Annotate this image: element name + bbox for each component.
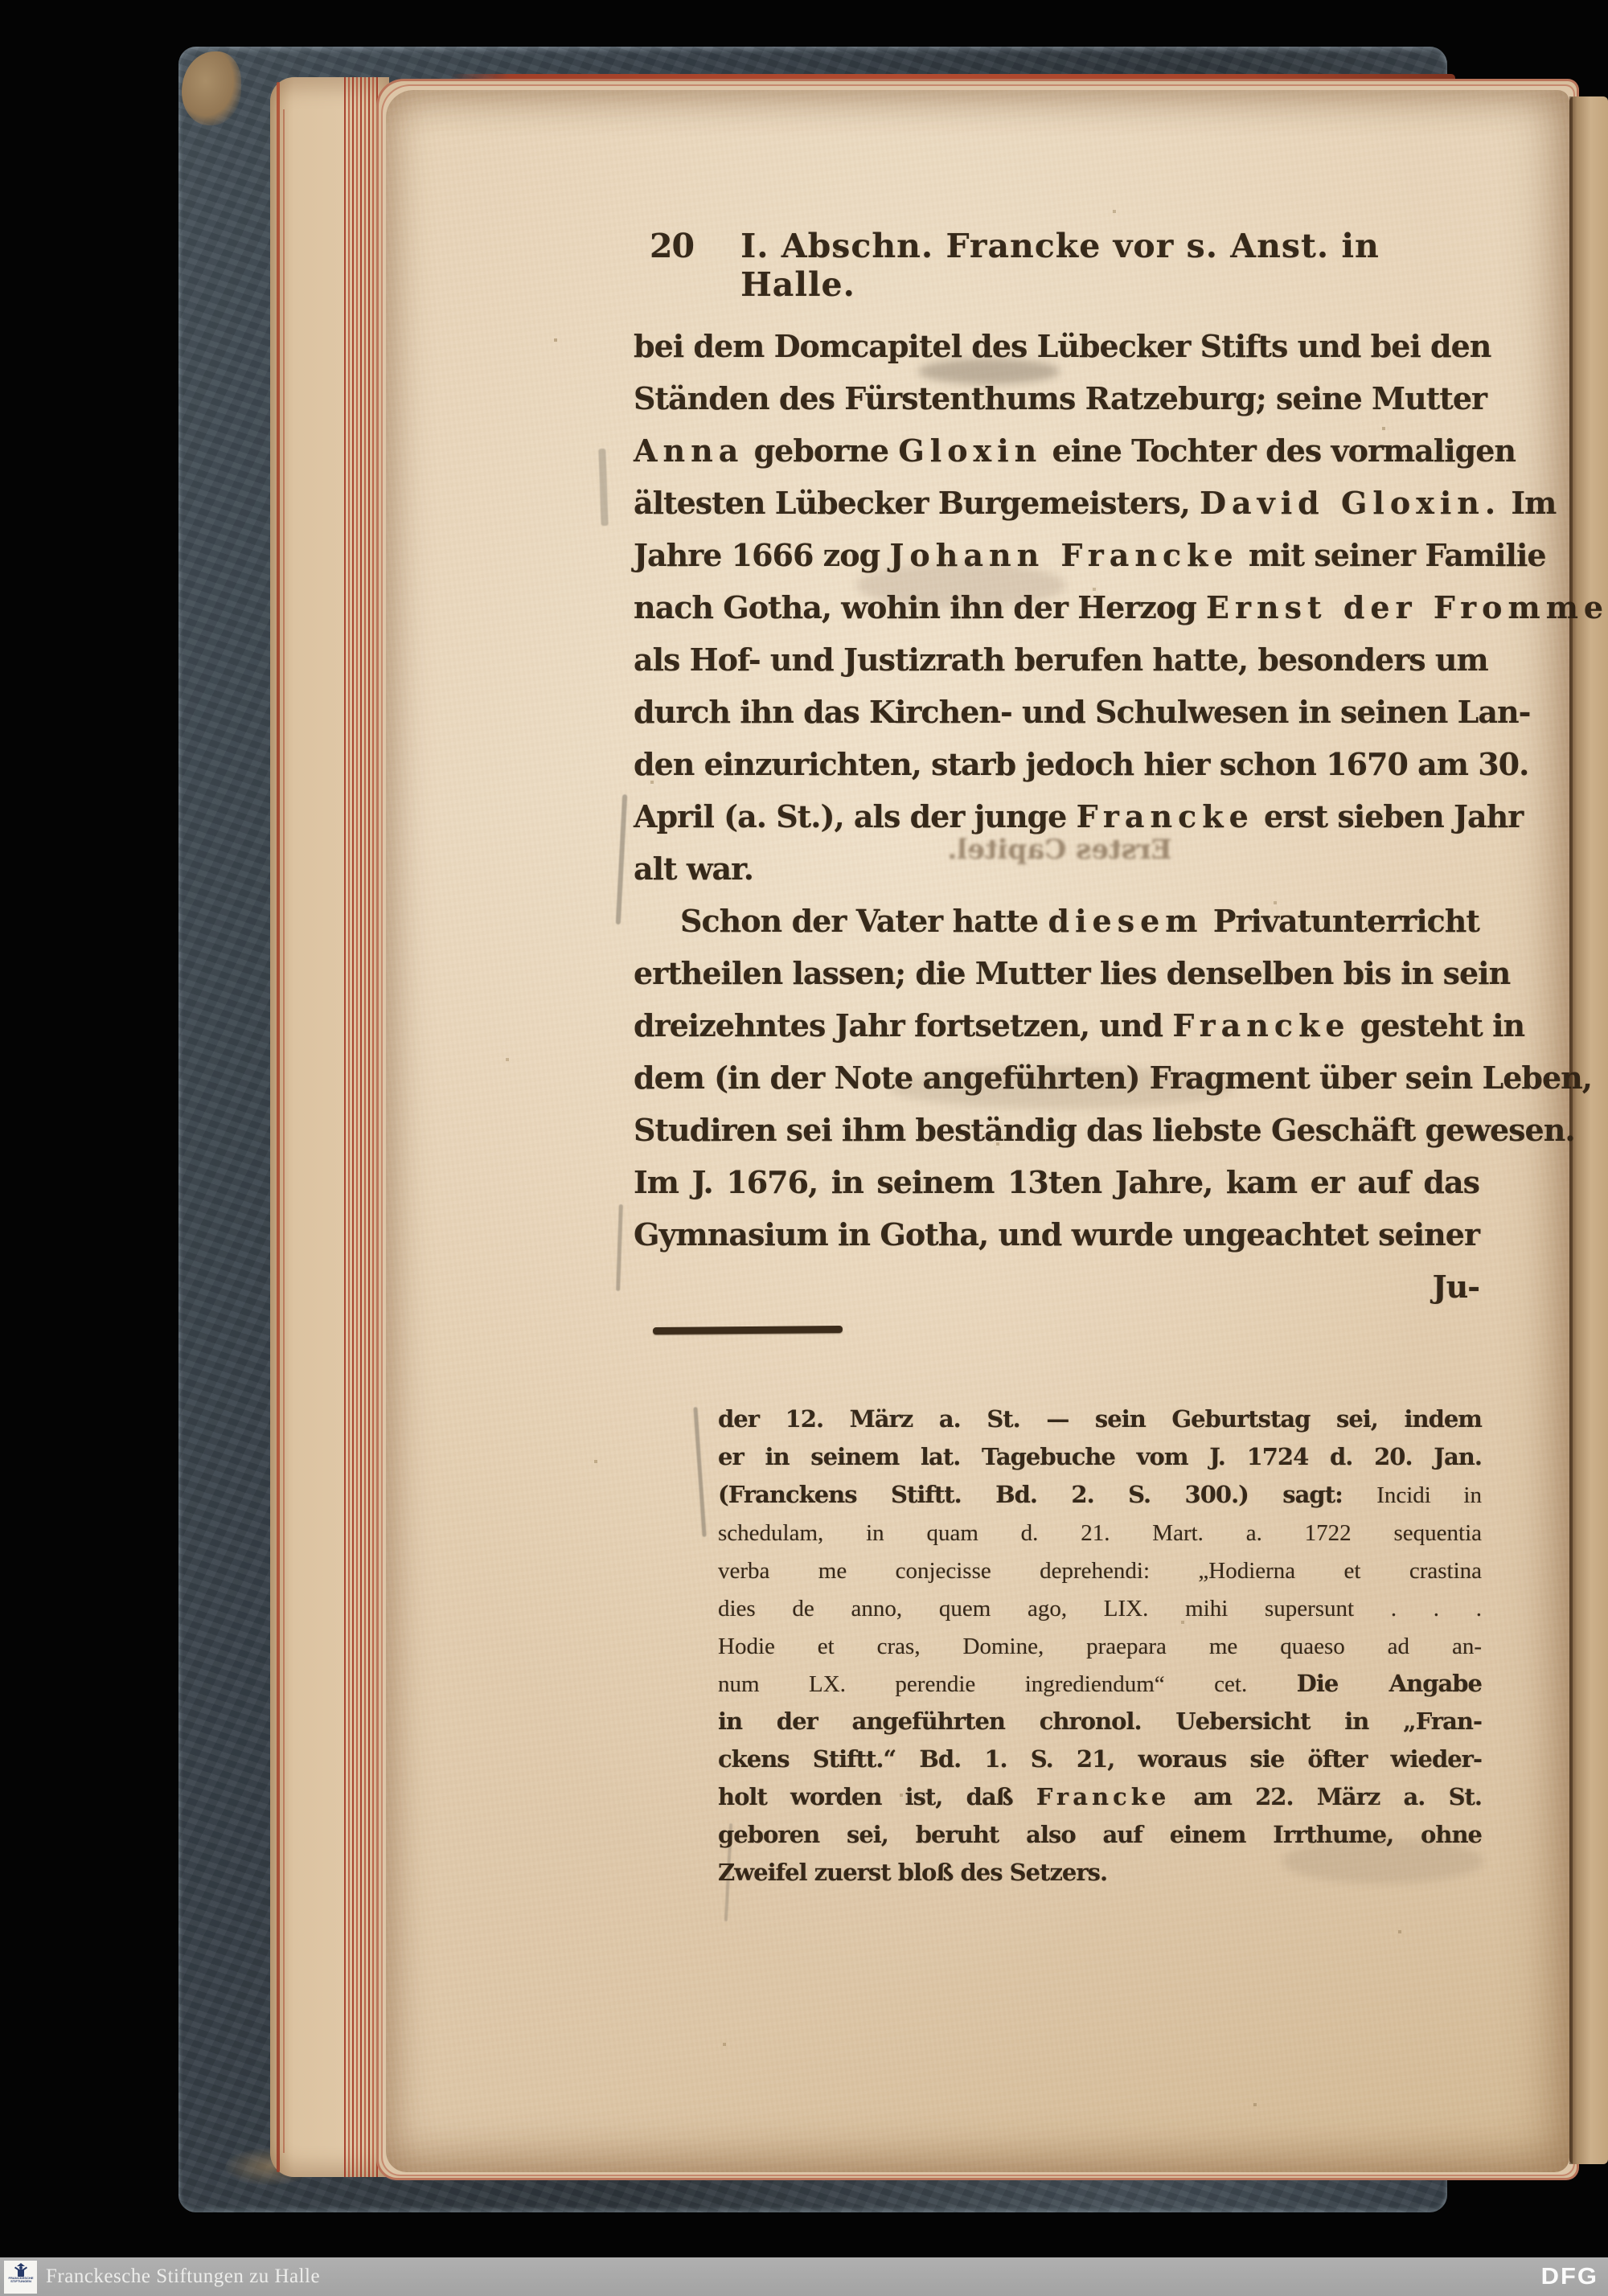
body-line: als Hof- und Justizrath berufen hatte, b… bbox=[634, 633, 1479, 686]
text-run: Francke bbox=[1036, 1783, 1170, 1810]
text-run: Studiren sei ihm beständig das liebste G… bbox=[634, 1112, 1575, 1148]
text-run: bei dem Domcapitel des Lübecker Stifts u… bbox=[634, 328, 1491, 364]
text-run: Zweifel zuerst bloß des Setzers. bbox=[718, 1859, 1107, 1886]
text-run: Ernst der Fromme bbox=[1206, 589, 1608, 625]
text-run: holt worden ist, daß bbox=[718, 1783, 1036, 1810]
text-run: Francke bbox=[1172, 1007, 1350, 1043]
text-run: diesem bbox=[1048, 903, 1204, 939]
text-run: der 12. März a. St. — sein Geburtstag se… bbox=[718, 1405, 1482, 1433]
text-run: ertheilen lassen; die Mutter lies densel… bbox=[634, 955, 1510, 991]
text-run: er in seinem lat. Tagebuche vom J. 1724 … bbox=[718, 1443, 1482, 1470]
text-run: in der angeführten chronol. Uebersicht i… bbox=[718, 1708, 1482, 1735]
footnote-line: schedulam, in quam d. 21. Mart. a. 1722 … bbox=[718, 1514, 1482, 1552]
running-header: 20 I. Abschn. Francke vor s. Anst. in Ha… bbox=[634, 227, 1486, 304]
text-run: Anna bbox=[634, 433, 744, 469]
body-line: durch ihn das Kirchen- und Schulwesen in… bbox=[634, 686, 1479, 738]
text-run: Francke bbox=[1077, 798, 1254, 834]
text-run: Hodie et cras, Domine, praepara me quaes… bbox=[718, 1634, 1482, 1659]
page-fore-edges bbox=[270, 77, 389, 2177]
body-text: bei dem Domcapitel des Lübecker Stifts u… bbox=[634, 320, 1479, 1313]
footnote-line: Hodie et cras, Domine, praepara me quaes… bbox=[718, 1627, 1482, 1665]
body-line: April (a. St.), als der junge Francke er… bbox=[634, 790, 1479, 843]
footnote-line: ckens Stiftt.“ Bd. 1. S. 21, woraus sie … bbox=[718, 1740, 1482, 1778]
text-run: Gymnasium in Gotha, und wurde ungeachtet… bbox=[634, 1216, 1479, 1253]
text-run: geborne bbox=[744, 433, 898, 469]
text-run: gesteht in bbox=[1351, 1007, 1525, 1043]
footnote-line: Zweifel zuerst bloß des Setzers. bbox=[718, 1854, 1482, 1892]
text-run: Schon der Vater hatte bbox=[680, 903, 1048, 939]
footnote-line: der 12. März a. St. — sein Geburtstag se… bbox=[718, 1400, 1482, 1438]
text-run: mit seiner Familie bbox=[1239, 537, 1546, 573]
body-line: ältesten Lübecker Burgemeisters, David G… bbox=[634, 477, 1479, 529]
footnote-line: num LX. perendie ingrediendum“ cet. Die … bbox=[718, 1665, 1482, 1703]
text-run: eine Tochter des vormaligen bbox=[1042, 433, 1516, 469]
text-run: dreizehntes Jahr fortsetzen, und bbox=[634, 1007, 1172, 1043]
text-run: Die Angabe bbox=[1297, 1670, 1482, 1697]
dfg-logo: DFG bbox=[1541, 2259, 1598, 2294]
text-run: ckens Stiftt.“ Bd. 1. S. 21, woraus sie … bbox=[718, 1745, 1482, 1773]
text-run: Im bbox=[1501, 485, 1556, 521]
body-line: den einzurichten, starb jedoch hier scho… bbox=[634, 738, 1479, 790]
institution-name: Franckesche Stiftungen zu Halle bbox=[46, 2257, 320, 2296]
footnote-line: er in seinem lat. Tagebuche vom J. 1724 … bbox=[718, 1438, 1482, 1476]
text-run: Gloxin bbox=[898, 433, 1042, 469]
book-scan: Erstes Capitel. 20 I. Abschn. Francke vo… bbox=[0, 0, 1608, 2296]
francke-foundations-icon bbox=[14, 2263, 28, 2277]
logo-caption: FRANCKESCHE STIFTUNGEN bbox=[6, 2277, 35, 2283]
footnote-line: (Franckens Stiftt. Bd. 2. S. 300.) sagt:… bbox=[718, 1476, 1482, 1514]
text-run: Jahre 1666 zog bbox=[634, 537, 889, 573]
red-edge-streak-band bbox=[344, 77, 379, 2177]
text-run: geboren sei, beruht also auf einem Irrth… bbox=[718, 1821, 1482, 1848]
text-run: Ständen des Fürstenthums Ratzeburg; sein… bbox=[634, 380, 1487, 416]
body-line: bei dem Domcapitel des Lübecker Stifts u… bbox=[634, 320, 1479, 372]
body-line: Jahre 1666 zog Johann Francke mit seiner… bbox=[634, 529, 1479, 581]
cover-worn-corner bbox=[182, 51, 241, 125]
footnote-line: verba me conjecisse deprehendi: „Hodiern… bbox=[718, 1552, 1482, 1589]
body-line: Studiren sei ihm beständig das liebste G… bbox=[634, 1104, 1479, 1156]
text-run: als Hof- und Justizrath berufen hatte, b… bbox=[634, 642, 1488, 678]
body-line: nach Gotha, wohin ihn der Herzog Ernst d… bbox=[634, 581, 1479, 633]
text-run: am 22. März a. St. bbox=[1170, 1783, 1482, 1810]
text-run: dem (in der Note angeführten) Fragment ü… bbox=[634, 1060, 1592, 1096]
text-run: (Franckens Stiftt. Bd. 2. S. 300.) sagt: bbox=[718, 1481, 1376, 1508]
body-line: Schon der Vater hatte diesem Privatunter… bbox=[634, 895, 1479, 947]
page-number: 20 bbox=[650, 227, 694, 265]
body-line: Gymnasium in Gotha, und wurde ungeachtet… bbox=[634, 1208, 1479, 1261]
text-run: ältesten Lübecker Burgemeisters, bbox=[634, 485, 1200, 521]
text-run: David Gloxin. bbox=[1200, 485, 1501, 521]
text-run: Im J. 1676, in seinem 13ten Jahre, kam e… bbox=[634, 1164, 1479, 1200]
text-run: verba me conjecisse deprehendi: „Hodiern… bbox=[718, 1558, 1482, 1584]
red-edge-streak bbox=[283, 109, 285, 2153]
text-run: nach Gotha, wohin ihn der Herzog bbox=[634, 589, 1206, 625]
body-line: Ju- bbox=[634, 1261, 1479, 1313]
text-run: Johann Francke bbox=[889, 537, 1238, 573]
text-run: Privatunterricht bbox=[1204, 903, 1480, 939]
footnote-line: geboren sei, beruht also auf einem Irrth… bbox=[718, 1816, 1482, 1854]
viewer-bar: FRANCKESCHE STIFTUNGEN Franckesche Stift… bbox=[0, 2257, 1608, 2296]
body-line: dem (in der Note angeführten) Fragment ü… bbox=[634, 1052, 1479, 1104]
footnote-line: dies de anno, quem ago, LIX. mihi supers… bbox=[718, 1589, 1482, 1627]
body-line: Im J. 1676, in seinem 13ten Jahre, kam e… bbox=[634, 1156, 1479, 1208]
footnote-text: der 12. März a. St. — sein Geburtstag se… bbox=[718, 1400, 1482, 1892]
text-run: durch ihn das Kirchen- und Schulwesen in… bbox=[634, 694, 1530, 730]
body-line: alt war. bbox=[634, 843, 1479, 895]
body-line: Anna geborne Gloxin eine Tochter des vor… bbox=[634, 424, 1479, 477]
facing-page-strip bbox=[1569, 96, 1608, 2164]
text-run: Incidi in bbox=[1376, 1482, 1482, 1508]
text-run: schedulam, in quam d. 21. Mart. a. 1722 … bbox=[718, 1520, 1482, 1546]
footnote-line: holt worden ist, daß Francke am 22. März… bbox=[718, 1778, 1482, 1816]
text-run: April (a. St.), als der junge bbox=[634, 798, 1077, 834]
paper-fibers bbox=[386, 90, 388, 92]
body-line: Ständen des Fürstenthums Ratzeburg; sein… bbox=[634, 372, 1479, 424]
running-title: I. Abschn. Francke vor s. Anst. in Halle… bbox=[740, 227, 1486, 304]
institution-logo: FRANCKESCHE STIFTUNGEN bbox=[4, 2261, 37, 2294]
text-run: alt war. bbox=[634, 851, 753, 887]
red-edge-streak bbox=[277, 82, 280, 2172]
text-run: Ju- bbox=[1433, 1269, 1479, 1305]
footnote-line: in der angeführten chronol. Uebersicht i… bbox=[718, 1703, 1482, 1740]
book-page: Erstes Capitel. 20 I. Abschn. Francke vo… bbox=[386, 90, 1569, 2172]
text-run: den einzurichten, starb jedoch hier scho… bbox=[634, 746, 1528, 782]
body-line: ertheilen lassen; die Mutter lies densel… bbox=[634, 947, 1479, 999]
body-line: dreizehntes Jahr fortsetzen, und Francke… bbox=[634, 999, 1479, 1052]
text-run: erst sieben Jahr bbox=[1254, 798, 1523, 834]
text-run: num LX. perendie ingrediendum“ cet. bbox=[718, 1671, 1297, 1697]
text-run: dies de anno, quem ago, LIX. mihi supers… bbox=[718, 1596, 1482, 1622]
